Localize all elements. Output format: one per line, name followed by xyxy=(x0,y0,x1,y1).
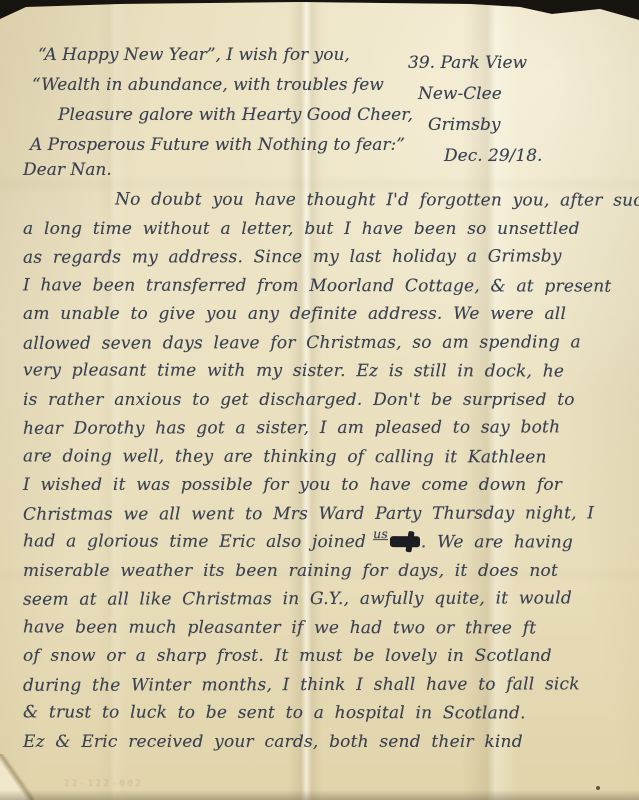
poem-line: “Wealth in abundance, with troubles few xyxy=(30,70,413,100)
body-line: am unable to give you any definite addre… xyxy=(23,304,629,333)
body-line: a long time without a letter, but I have… xyxy=(23,219,629,248)
paper-speck xyxy=(596,786,600,790)
body-line: as regards my address. Since my last hol… xyxy=(23,246,629,276)
inserted-word: us xyxy=(373,529,388,540)
letter-page: “A Happy New Year”, I wish for you, “Wea… xyxy=(0,0,639,800)
body-line: miserable weather its been raining for d… xyxy=(23,561,629,590)
corner-fold xyxy=(0,754,34,800)
poem-line: Pleasure galore with Hearty Good Cheer, xyxy=(30,100,413,130)
body-line: of snow or a sharp frost. It must be lov… xyxy=(23,646,629,675)
body-line-with-correction: had a glorious time Eric also joinedus. … xyxy=(23,531,629,561)
poem-block: “A Happy New Year”, I wish for you, “Wea… xyxy=(30,40,413,160)
body-line: allowed seven days leave for Christmas, … xyxy=(23,332,629,362)
body-line: hear Dorothy has got a sister, I am plea… xyxy=(23,417,629,447)
date-line: Dec. 29/18. xyxy=(408,141,542,172)
address-line: Grimsby xyxy=(408,110,542,141)
body-line: & trust to luck to be sent to a hospital… xyxy=(23,702,629,732)
body-line: have been much pleasanter if we had two … xyxy=(23,617,629,647)
body-line: seem at all like Christmas in G.Y., awfu… xyxy=(23,588,629,618)
body-line: during the Winter months, I think I shal… xyxy=(23,674,629,704)
ink-blot-strikeout xyxy=(390,536,420,547)
address-block: 39. Park View New-Clee Grimsby Dec. 29/1… xyxy=(408,48,542,172)
body-line: is rather anxious to get discharged. Don… xyxy=(23,390,629,419)
archive-stamp: 22-122-002 xyxy=(64,779,143,789)
body-line: are doing well, they are thinking of cal… xyxy=(23,446,629,476)
body-line: I have been transferred from Moorland Co… xyxy=(23,275,629,305)
body-line: very pleasant time with my sister. Ez is… xyxy=(23,360,629,390)
address-line: New-Clee xyxy=(408,79,542,110)
paper-bottom-edge-shadow xyxy=(0,790,639,800)
body-line: I wished it was possible for you to have… xyxy=(23,475,629,504)
body-line: Ez & Eric received your cards, both send… xyxy=(23,732,629,761)
address-line: 39. Park View xyxy=(408,48,542,79)
salutation: Dear Nan. xyxy=(23,160,112,180)
body-line-text: . We are having xyxy=(421,532,573,552)
letter-body: No doubt you have thought I'd forgotten … xyxy=(23,190,629,760)
poem-line: “A Happy New Year”, I wish for you, xyxy=(30,40,413,70)
photo-background: “A Happy New Year”, I wish for you, “Wea… xyxy=(0,0,639,800)
body-line: No doubt you have thought I'd forgotten … xyxy=(23,189,629,219)
body-line: Christmas we all went to Mrs Ward Party … xyxy=(23,503,629,533)
body-line-text: had a glorious time Eric also joined xyxy=(23,531,366,552)
poem-line: A Prosperous Future with Nothing to fear… xyxy=(30,130,413,160)
